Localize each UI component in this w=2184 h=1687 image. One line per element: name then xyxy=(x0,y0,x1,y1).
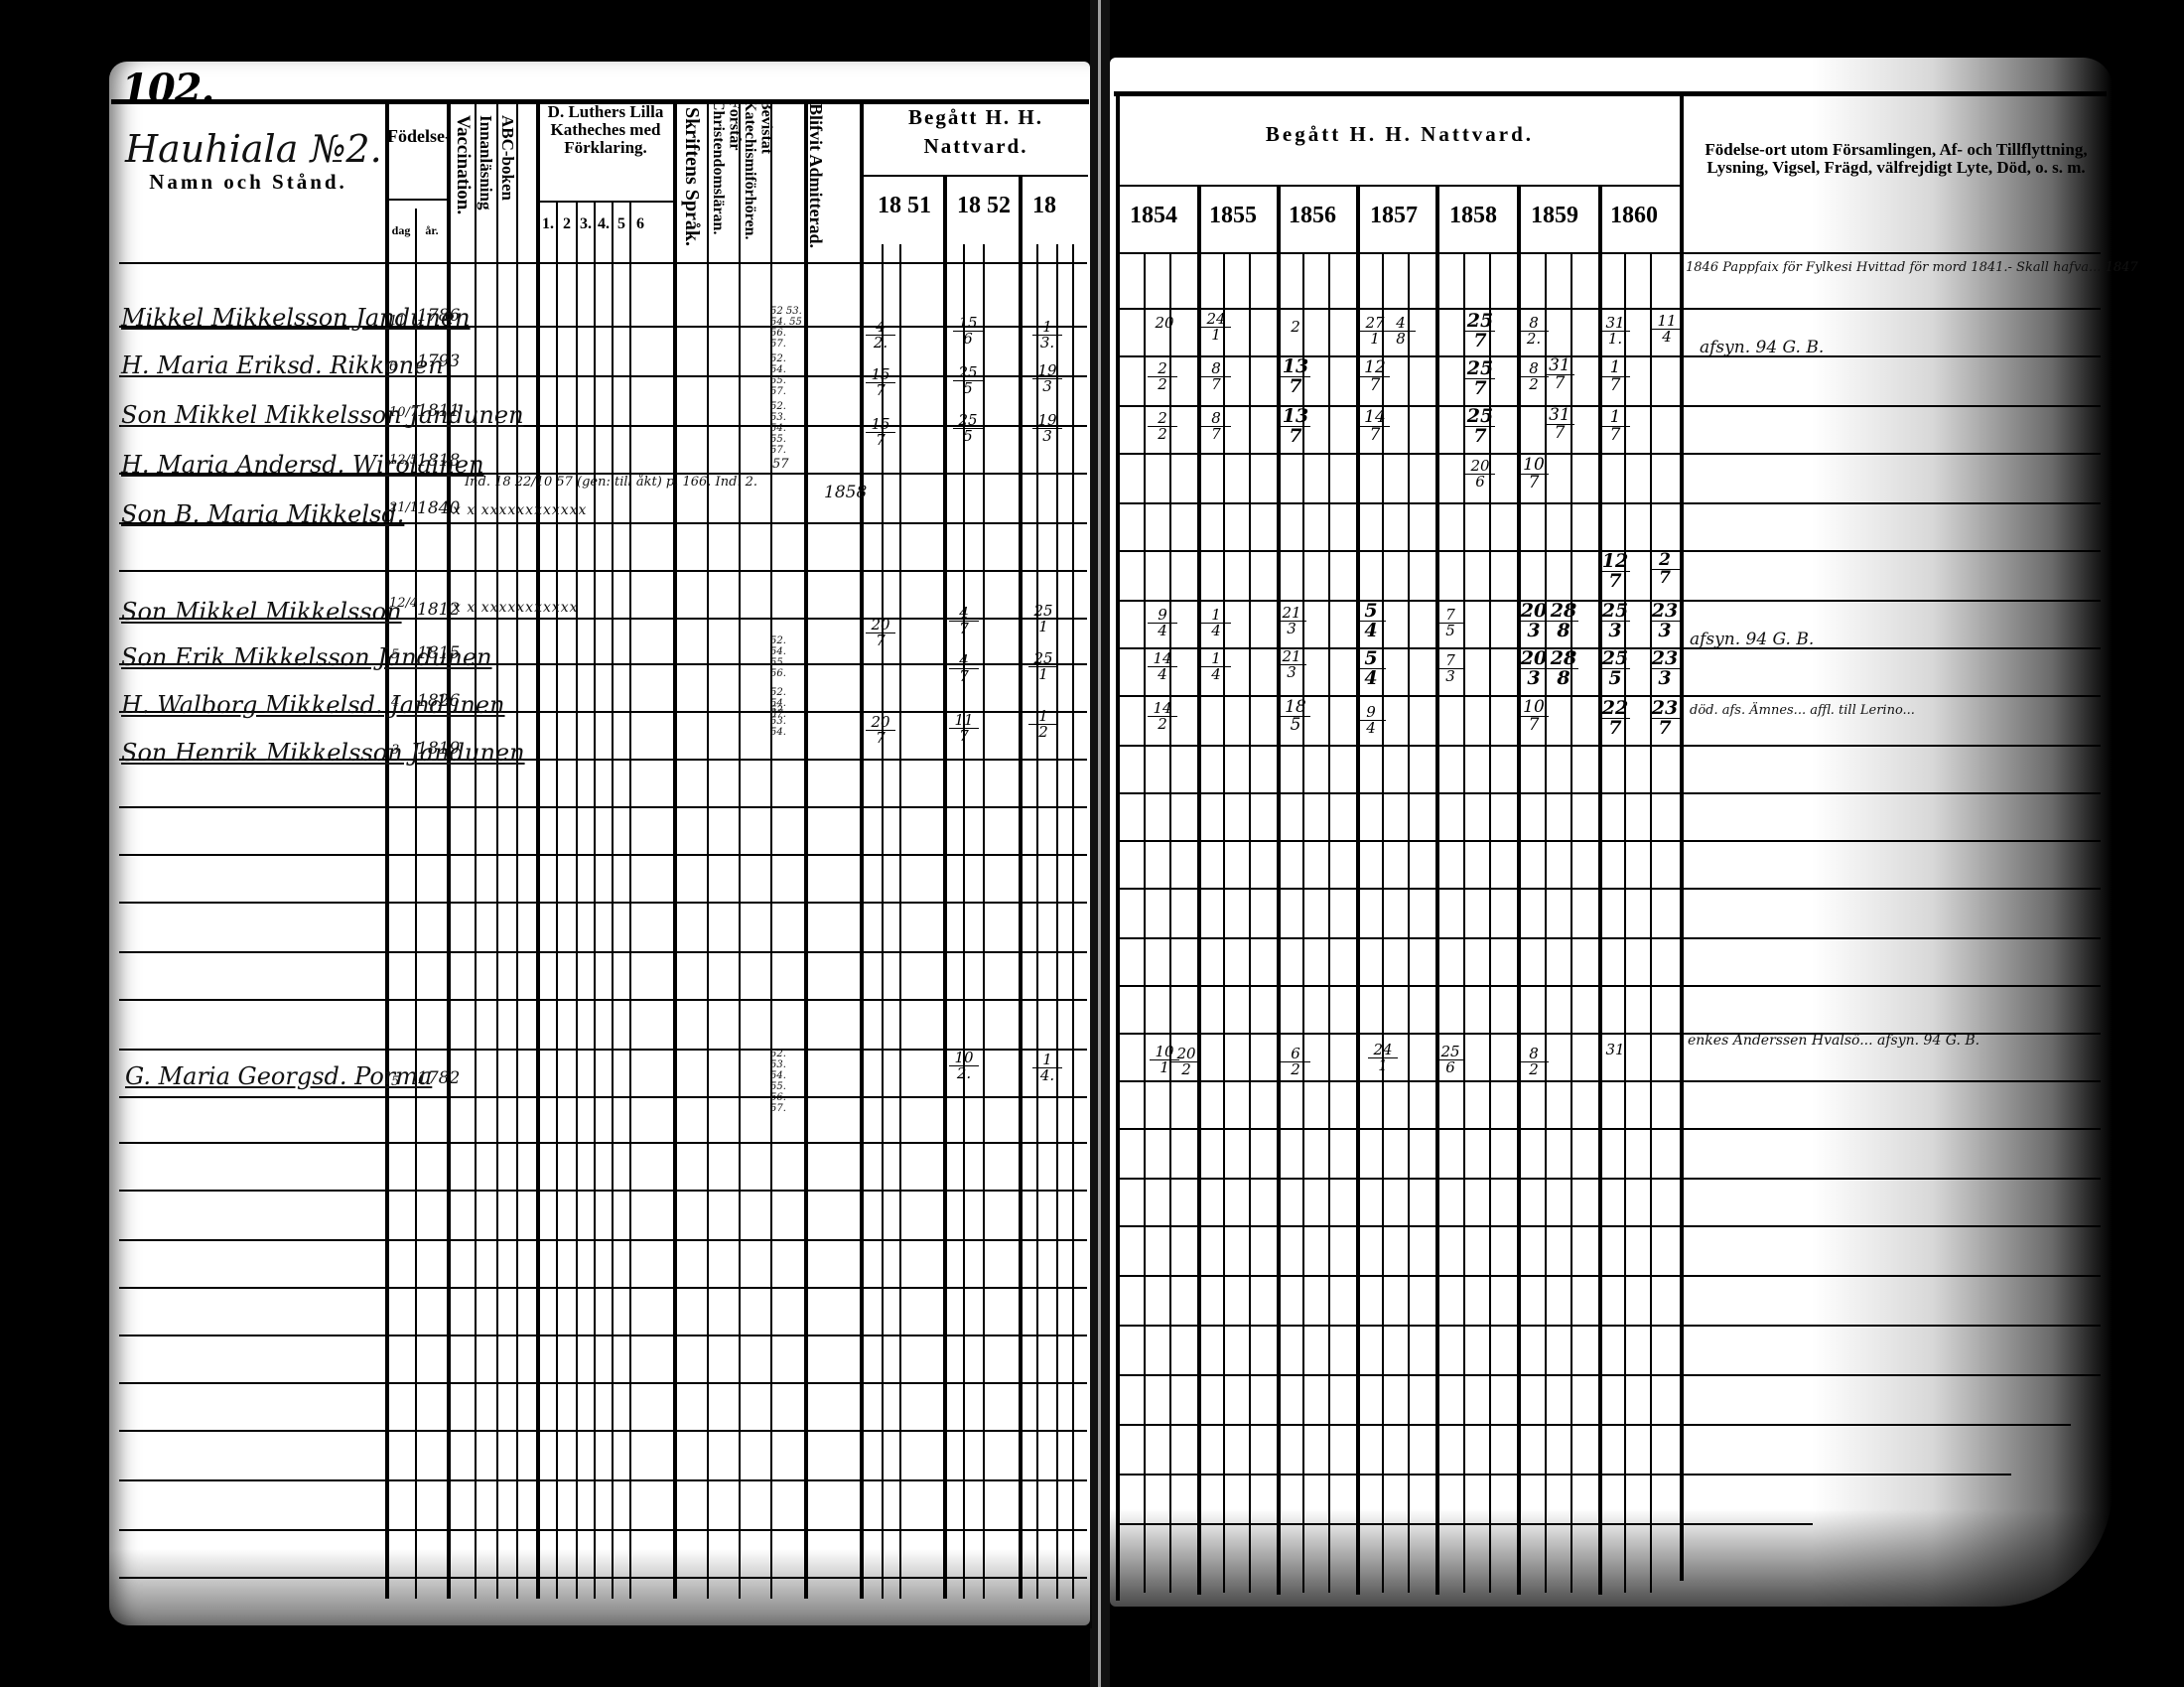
communion-date: 62 xyxy=(1281,1047,1310,1077)
communion-date: 42. xyxy=(866,320,895,351)
communion-year-1854: 1854 xyxy=(1130,203,1177,229)
column-divider xyxy=(1019,175,1023,1599)
birth-day: 11 xyxy=(389,314,406,329)
header-luther-part-1: 1. xyxy=(538,216,558,233)
communion-date: 114 xyxy=(1652,314,1682,345)
communion-date: 117 xyxy=(949,713,979,744)
communion-date: 156 xyxy=(953,316,983,347)
row-rule xyxy=(119,1529,1087,1531)
header-luther-part-3: 3. xyxy=(577,216,595,233)
communion-date: 94 xyxy=(1356,705,1386,736)
row-rule xyxy=(1118,792,2101,794)
admitted-year: 1858 xyxy=(824,483,867,502)
communion-date: 157 xyxy=(866,417,895,448)
communion-date: 202 xyxy=(1171,1047,1201,1077)
communion-date: 257 xyxy=(1465,407,1495,446)
communion-date: 107 xyxy=(1519,457,1549,492)
column-divider xyxy=(943,175,947,1599)
communion-date: 17 xyxy=(1600,359,1630,394)
communion-date: 14. xyxy=(1032,1053,1062,1083)
birth-year: 1793 xyxy=(417,351,460,371)
communion-date: 31 xyxy=(1600,1043,1630,1057)
communion-year-1855: 1855 xyxy=(1209,203,1257,229)
communion-date: 144 xyxy=(1148,651,1177,682)
communion-date: 288 xyxy=(1549,602,1578,640)
top-border xyxy=(1114,91,2107,96)
communion-date: 22 xyxy=(1148,361,1177,392)
column-divider xyxy=(576,203,578,1599)
communion-date: 233 xyxy=(1650,602,1680,640)
communion-date: 251 xyxy=(1028,604,1058,634)
communion-date: 73 xyxy=(1435,653,1465,684)
communion-date: 311. xyxy=(1600,316,1630,347)
communion-date: 257 xyxy=(1465,312,1495,351)
communion-date: 317 xyxy=(1545,357,1574,392)
communion-date: 203 xyxy=(1519,602,1549,640)
catechism-notes: 52. 53. 54. 55. 56. 57. xyxy=(770,1049,802,1114)
birth-day: 12/5 xyxy=(389,453,418,468)
header-birth-day: dag xyxy=(386,224,416,237)
communion-date: 241 xyxy=(1201,312,1231,343)
communion-subheader-rule xyxy=(860,175,1088,177)
communion-date: 2 xyxy=(1281,320,1310,335)
row-rule xyxy=(119,1577,1087,1579)
row-rule xyxy=(119,1335,1087,1336)
right-page-shadow xyxy=(1110,1509,2113,1618)
header-reading: Innanläsning xyxy=(477,115,494,210)
column-divider xyxy=(673,99,677,1599)
communion-date: 137 xyxy=(1281,407,1310,446)
remark: afsyn. 94 G. B. xyxy=(1700,338,1824,357)
row-rule xyxy=(119,1479,1087,1481)
communion-year-1860: 1860 xyxy=(1610,203,1658,229)
communion-date: 87 xyxy=(1201,361,1231,392)
communion-date: 255 xyxy=(1600,649,1630,688)
column-divider xyxy=(475,99,477,1599)
remark: afsyn. 94 G. B. xyxy=(1690,630,1814,649)
row-rule xyxy=(1118,937,2101,939)
person-name: Son Mikkel Mikkelsson Jandunen xyxy=(121,401,524,429)
row-rule xyxy=(1118,1128,2101,1130)
person-name: G. Maria Georgsd. Porma xyxy=(125,1062,432,1090)
header-scripture: Skriftens Språk. xyxy=(681,107,702,246)
row-rule xyxy=(119,1096,1087,1098)
catechism-notes: 52. 54. 55. 56. xyxy=(770,635,802,679)
row-rule xyxy=(119,1430,1087,1432)
row-rule xyxy=(1118,1424,2071,1426)
header-bottom-rule xyxy=(1118,252,2101,254)
birth-year: 1811 xyxy=(417,401,460,421)
communion-date: 206 xyxy=(1465,459,1495,490)
communion-date: 142 xyxy=(1148,701,1177,732)
communion-date: 213 xyxy=(1277,649,1306,680)
row-rule xyxy=(119,570,1087,572)
communion-date: 75 xyxy=(1435,608,1465,638)
catechism-notes: 57 xyxy=(772,457,789,472)
row-rule xyxy=(1118,1080,2101,1082)
column-divider xyxy=(1036,244,1038,1599)
header-abc-book: ABC-boken xyxy=(498,115,516,201)
communion-date: 54 xyxy=(1356,649,1386,688)
catechism-notes: 52 53. 54. 55 56. 57. xyxy=(770,306,802,350)
communion-date: 27 xyxy=(1650,552,1680,587)
birth-day: 5 xyxy=(391,1074,399,1089)
communion-date: 12 xyxy=(1028,709,1058,740)
communion-date: 207 xyxy=(866,715,895,746)
communion-date: 48 xyxy=(1386,316,1416,347)
communion-date: 207 xyxy=(866,618,895,648)
row-rule xyxy=(119,951,1087,953)
communion-date: 241 xyxy=(1368,1043,1398,1073)
communion-date: 227 xyxy=(1600,699,1630,738)
communion-date: 257 xyxy=(1465,359,1495,398)
birth-year: 1819 xyxy=(417,739,460,759)
reading-marks: x x xxxxxxxxxxxx xyxy=(453,502,587,518)
year-divider xyxy=(1277,185,1281,1595)
row-rule xyxy=(1118,502,2101,504)
column-divider xyxy=(1072,244,1074,1599)
header-birth: Födelse- xyxy=(387,127,447,146)
gutter-crease xyxy=(1098,0,1101,1687)
communion-date: 17 xyxy=(1600,409,1630,444)
row-rule xyxy=(1118,1523,1813,1525)
communion-date: 233 xyxy=(1650,649,1680,688)
row-rule xyxy=(119,1382,1087,1384)
communion-date: 47 xyxy=(949,653,979,684)
header-luther-part-4: 4. xyxy=(595,216,613,233)
header-communion-left: Begått H. H. Nattvard. xyxy=(864,103,1088,162)
header-luther-part-5: 5 xyxy=(613,216,630,233)
column-divider xyxy=(963,244,965,1599)
communion-year-blank: 18 xyxy=(1032,193,1056,219)
row-rule xyxy=(119,806,1087,808)
communion-date: 13. xyxy=(1032,320,1062,351)
birth-year: 1818 xyxy=(417,451,460,471)
row-rule xyxy=(119,999,1087,1001)
row-rule xyxy=(1118,1225,2101,1227)
communion-date: 203 xyxy=(1519,649,1549,688)
communion-date: 193 xyxy=(1032,413,1062,444)
page-number: 102. xyxy=(121,66,213,112)
birth-day: 6 xyxy=(389,359,397,374)
catechism-notes: 52. 53. 54. 55. 57. xyxy=(770,401,802,456)
row-rule xyxy=(1118,355,2101,357)
communion-date: 157 xyxy=(866,367,895,398)
header-luther-catechism: D. Luthers Lilla Katheches med Förklarin… xyxy=(538,103,673,157)
column-divider xyxy=(1056,244,1058,1599)
row-rule xyxy=(1118,405,2101,407)
row-rule xyxy=(119,1142,1087,1144)
communion-year-1852: 18 52 xyxy=(957,193,1011,219)
communion-date: 82. xyxy=(1519,316,1549,347)
year-divider xyxy=(1435,185,1439,1595)
remark: enkes Anderssen Hvalsö... afsyn. 94 G. B… xyxy=(1688,1033,1979,1049)
communion-date: 82 xyxy=(1519,1047,1549,1077)
birth-year: 1826 xyxy=(417,691,460,711)
column-divider xyxy=(899,244,901,1599)
birth-year: 1815 xyxy=(417,643,460,663)
row-rule xyxy=(1118,1178,2101,1180)
birth-day: 10/7 xyxy=(389,405,418,420)
row-rule xyxy=(119,1287,1087,1289)
communion-date: 94 xyxy=(1148,608,1177,638)
communion-date: 185 xyxy=(1281,699,1310,734)
header-communion-right: Begått H. H. Nattvard. xyxy=(1122,123,1678,145)
communion-date: 127 xyxy=(1360,359,1390,394)
header-attended-catechism: Bevistat Katechismiförhören. xyxy=(741,99,774,248)
catechism-notes: 52. 53. 54. xyxy=(770,705,802,738)
row-rule xyxy=(1118,1374,2101,1376)
row-rule xyxy=(1118,453,2101,455)
catechism-subheader-rule xyxy=(536,201,673,203)
row-rule xyxy=(1118,888,2101,890)
communion-date: 14 xyxy=(1201,651,1231,682)
communion-date: 102. xyxy=(949,1051,979,1081)
row-rule xyxy=(1118,1474,2011,1476)
header-luther-part-6: 6 xyxy=(631,216,649,233)
column-divider xyxy=(612,203,614,1599)
communion-date: 255 xyxy=(953,413,983,444)
year-subheader-rule xyxy=(1118,185,1680,187)
year-divider xyxy=(1598,185,1602,1595)
communion-date: 147 xyxy=(1360,409,1390,444)
row-rule xyxy=(1118,840,2101,842)
birth-day: 3 xyxy=(391,743,399,758)
remark: 1846 Pappfaix för Fylkesi Hvittad för mo… xyxy=(1686,260,2138,275)
header-name-and-status: Namn och Stånd. xyxy=(129,171,367,193)
birth-year: 1782 xyxy=(417,1068,460,1088)
person-name: Son B. Maria Mikkelsd. xyxy=(121,500,404,528)
row-rule xyxy=(1118,745,2101,747)
communion-date: 193 xyxy=(1032,363,1062,394)
communion-year-1851: 18 51 xyxy=(878,193,931,219)
communion-date: 127 xyxy=(1600,552,1630,591)
communion-date: 20 xyxy=(1150,316,1179,331)
column-divider xyxy=(556,203,558,1599)
communion-date: 137 xyxy=(1281,357,1310,396)
communion-year-1859: 1859 xyxy=(1531,203,1578,229)
communion-date: 213 xyxy=(1277,606,1306,636)
remark: död. afs. Ämnes... affl. till Lerino... xyxy=(1690,703,1915,718)
village-name: Hauhiala №2. xyxy=(125,127,382,171)
column-divider xyxy=(860,99,864,1599)
communion-year-1856: 1856 xyxy=(1289,203,1336,229)
communion-date: 255 xyxy=(953,365,983,396)
communion-date: 317 xyxy=(1545,407,1574,442)
header-remarks: Födelse-ort utom Församlingen, Af- och T… xyxy=(1688,141,2105,177)
row-rule xyxy=(1118,985,2101,987)
communion-date: 54 xyxy=(1356,602,1386,640)
communion-date: 47 xyxy=(949,606,979,636)
communion-date: 253 xyxy=(1600,602,1630,640)
entry-note: Ind. 18 22/10 57 (gen: till åkt) p. 166.… xyxy=(465,475,757,490)
row-rule xyxy=(119,1049,1087,1051)
column-divider xyxy=(739,99,741,1599)
communion-date: 87 xyxy=(1201,411,1231,442)
row-rule xyxy=(1118,308,2101,310)
row-rule xyxy=(119,902,1087,904)
catechism-notes: 52. 54. 55. 57. xyxy=(770,353,802,397)
reading-marks: x x xxxxxxxxxxx xyxy=(453,600,579,616)
birth-day: 12/4 xyxy=(389,596,418,611)
row-rule xyxy=(1118,1275,2101,1277)
header-bottom-rule xyxy=(119,262,1087,264)
person-name: Son Henrik Mikkelsson Jandunen xyxy=(121,739,525,767)
header-understands-christianity: Förstår Christendomsläran. xyxy=(709,99,743,248)
person-name: Son Mikkel Mikkelsson xyxy=(121,598,402,626)
header-luther-part-2: 2 xyxy=(558,216,576,233)
column-divider xyxy=(707,99,709,1599)
column-divider xyxy=(983,244,985,1599)
communion-date: 237 xyxy=(1650,699,1680,738)
communion-date: 256 xyxy=(1435,1045,1465,1075)
birth-subheader-rule xyxy=(385,199,447,201)
communion-year-1857: 1857 xyxy=(1370,203,1418,229)
year-divider xyxy=(1517,185,1521,1595)
row-rule xyxy=(119,854,1087,856)
column-divider xyxy=(629,203,631,1599)
header-admitted: Blifvit Admitterad. xyxy=(806,103,825,252)
communion-date: 288 xyxy=(1549,649,1578,688)
communion-date: 22 xyxy=(1148,411,1177,442)
row-rule xyxy=(119,1239,1087,1241)
communion-date: 107 xyxy=(1519,699,1549,734)
birth-day: 5 xyxy=(391,647,399,662)
birth-year: 1786 xyxy=(417,306,460,326)
birth-day: 21/1 xyxy=(389,500,418,515)
communion-date: 14 xyxy=(1201,608,1231,638)
column-divider xyxy=(594,203,596,1599)
column-divider xyxy=(536,99,540,1599)
header-vaccination: Vaccination. xyxy=(453,115,473,214)
year-divider xyxy=(1197,185,1201,1595)
column-divider xyxy=(496,99,498,1599)
header-birth-year: år. xyxy=(417,224,447,237)
row-rule xyxy=(1118,1325,2101,1327)
year-divider xyxy=(1356,185,1360,1595)
column-divider xyxy=(804,99,808,1599)
birth-day: 4 xyxy=(391,695,399,710)
communion-date: 251 xyxy=(1028,651,1058,682)
row-rule xyxy=(119,1190,1087,1192)
communion-year-1858: 1858 xyxy=(1449,203,1497,229)
column-divider xyxy=(516,99,518,1599)
